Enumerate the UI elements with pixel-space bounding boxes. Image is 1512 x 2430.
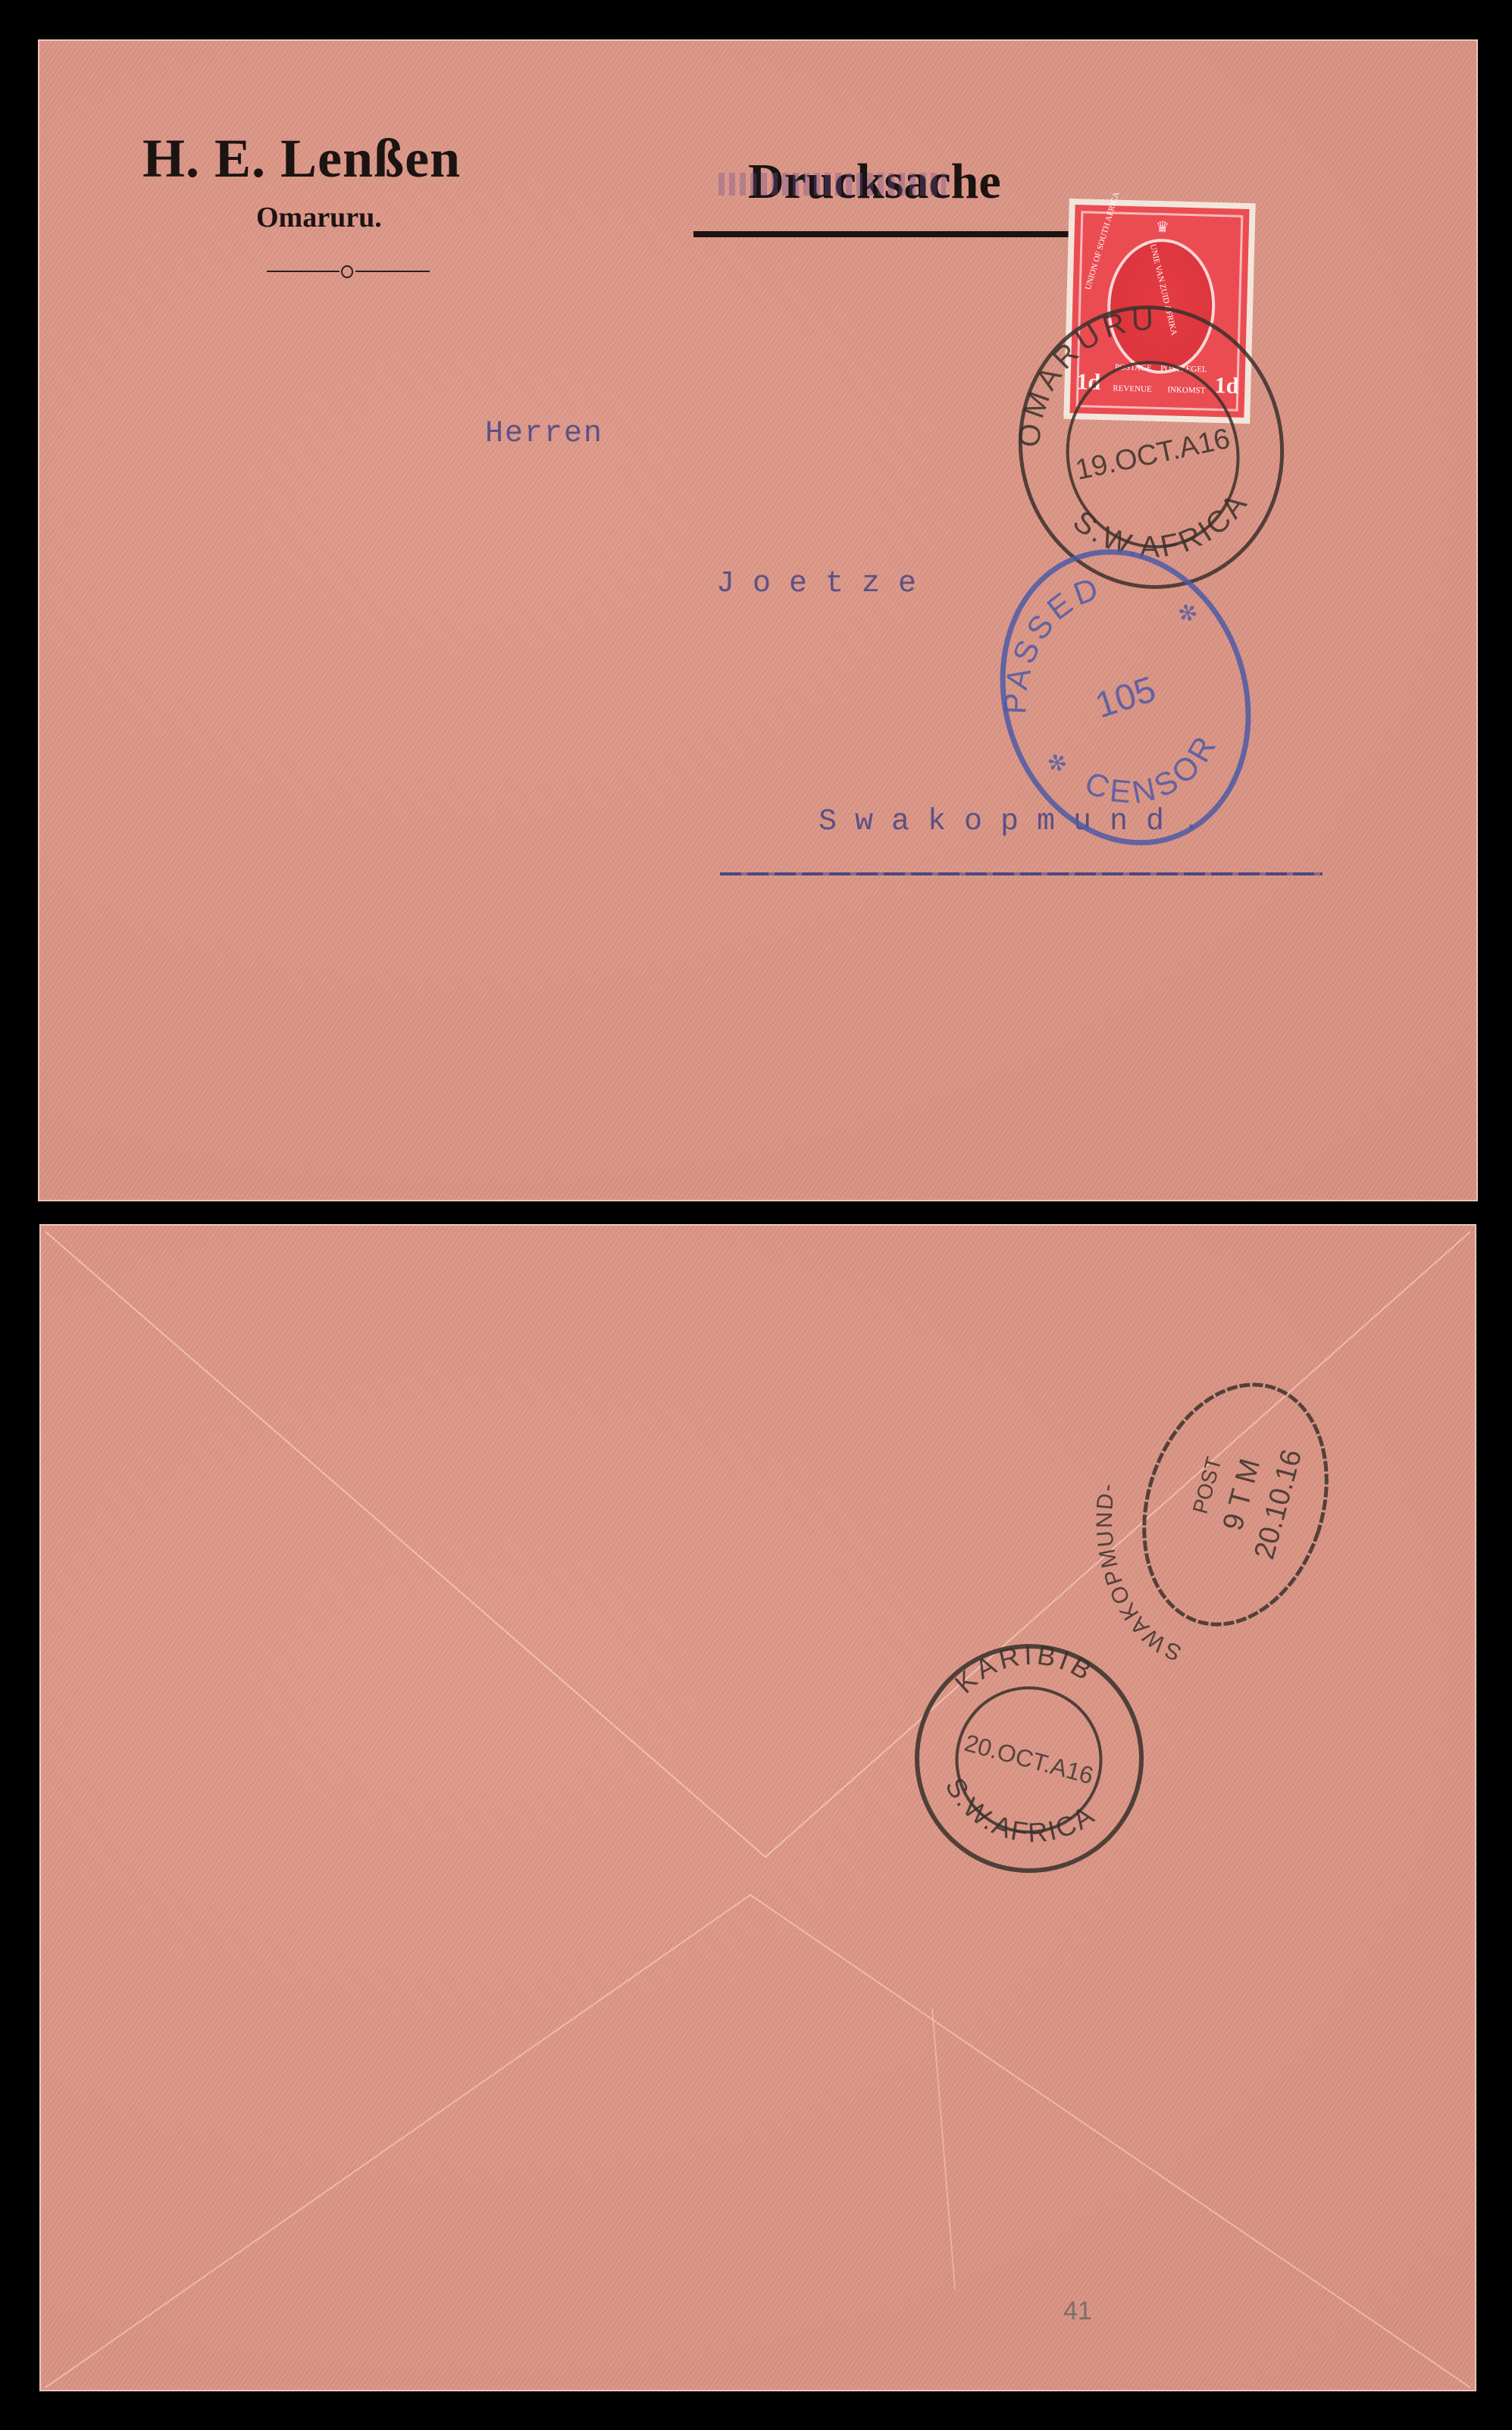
envelope-front [38, 39, 1478, 1201]
address-recipient: Joetze [716, 567, 934, 601]
postage-stamp: ♛ UNION OF SOUTH AFRICA UNIE VAN ZUID AF… [1063, 199, 1256, 424]
envelope-back [39, 1224, 1476, 2391]
letterhead-ornament [267, 264, 430, 279]
address-salutation: Herren [485, 417, 603, 451]
stamp-postzegel: POSTZEGEL [1160, 364, 1207, 374]
letterhead-town: Omaruru. [256, 201, 382, 234]
stamp-inkomst: INKOMST [1167, 385, 1205, 395]
address-underline [720, 872, 1323, 875]
stamp-postage: POSTAGE [1115, 362, 1152, 372]
stamp-denomination-right: 1d [1214, 373, 1239, 399]
struck-out-typed-text [718, 173, 946, 196]
stamp-denomination-left: 1d [1076, 369, 1101, 396]
letterhead-name: H. E. Lenßen [142, 127, 461, 190]
drucksache-underline [693, 231, 1076, 237]
crown-icon: ♛ [1147, 218, 1179, 236]
stamp-revenue: REVENUE [1113, 384, 1152, 393]
pencil-note: 41 [1063, 2297, 1092, 2326]
address-city: Swakopmund. [819, 805, 1219, 839]
